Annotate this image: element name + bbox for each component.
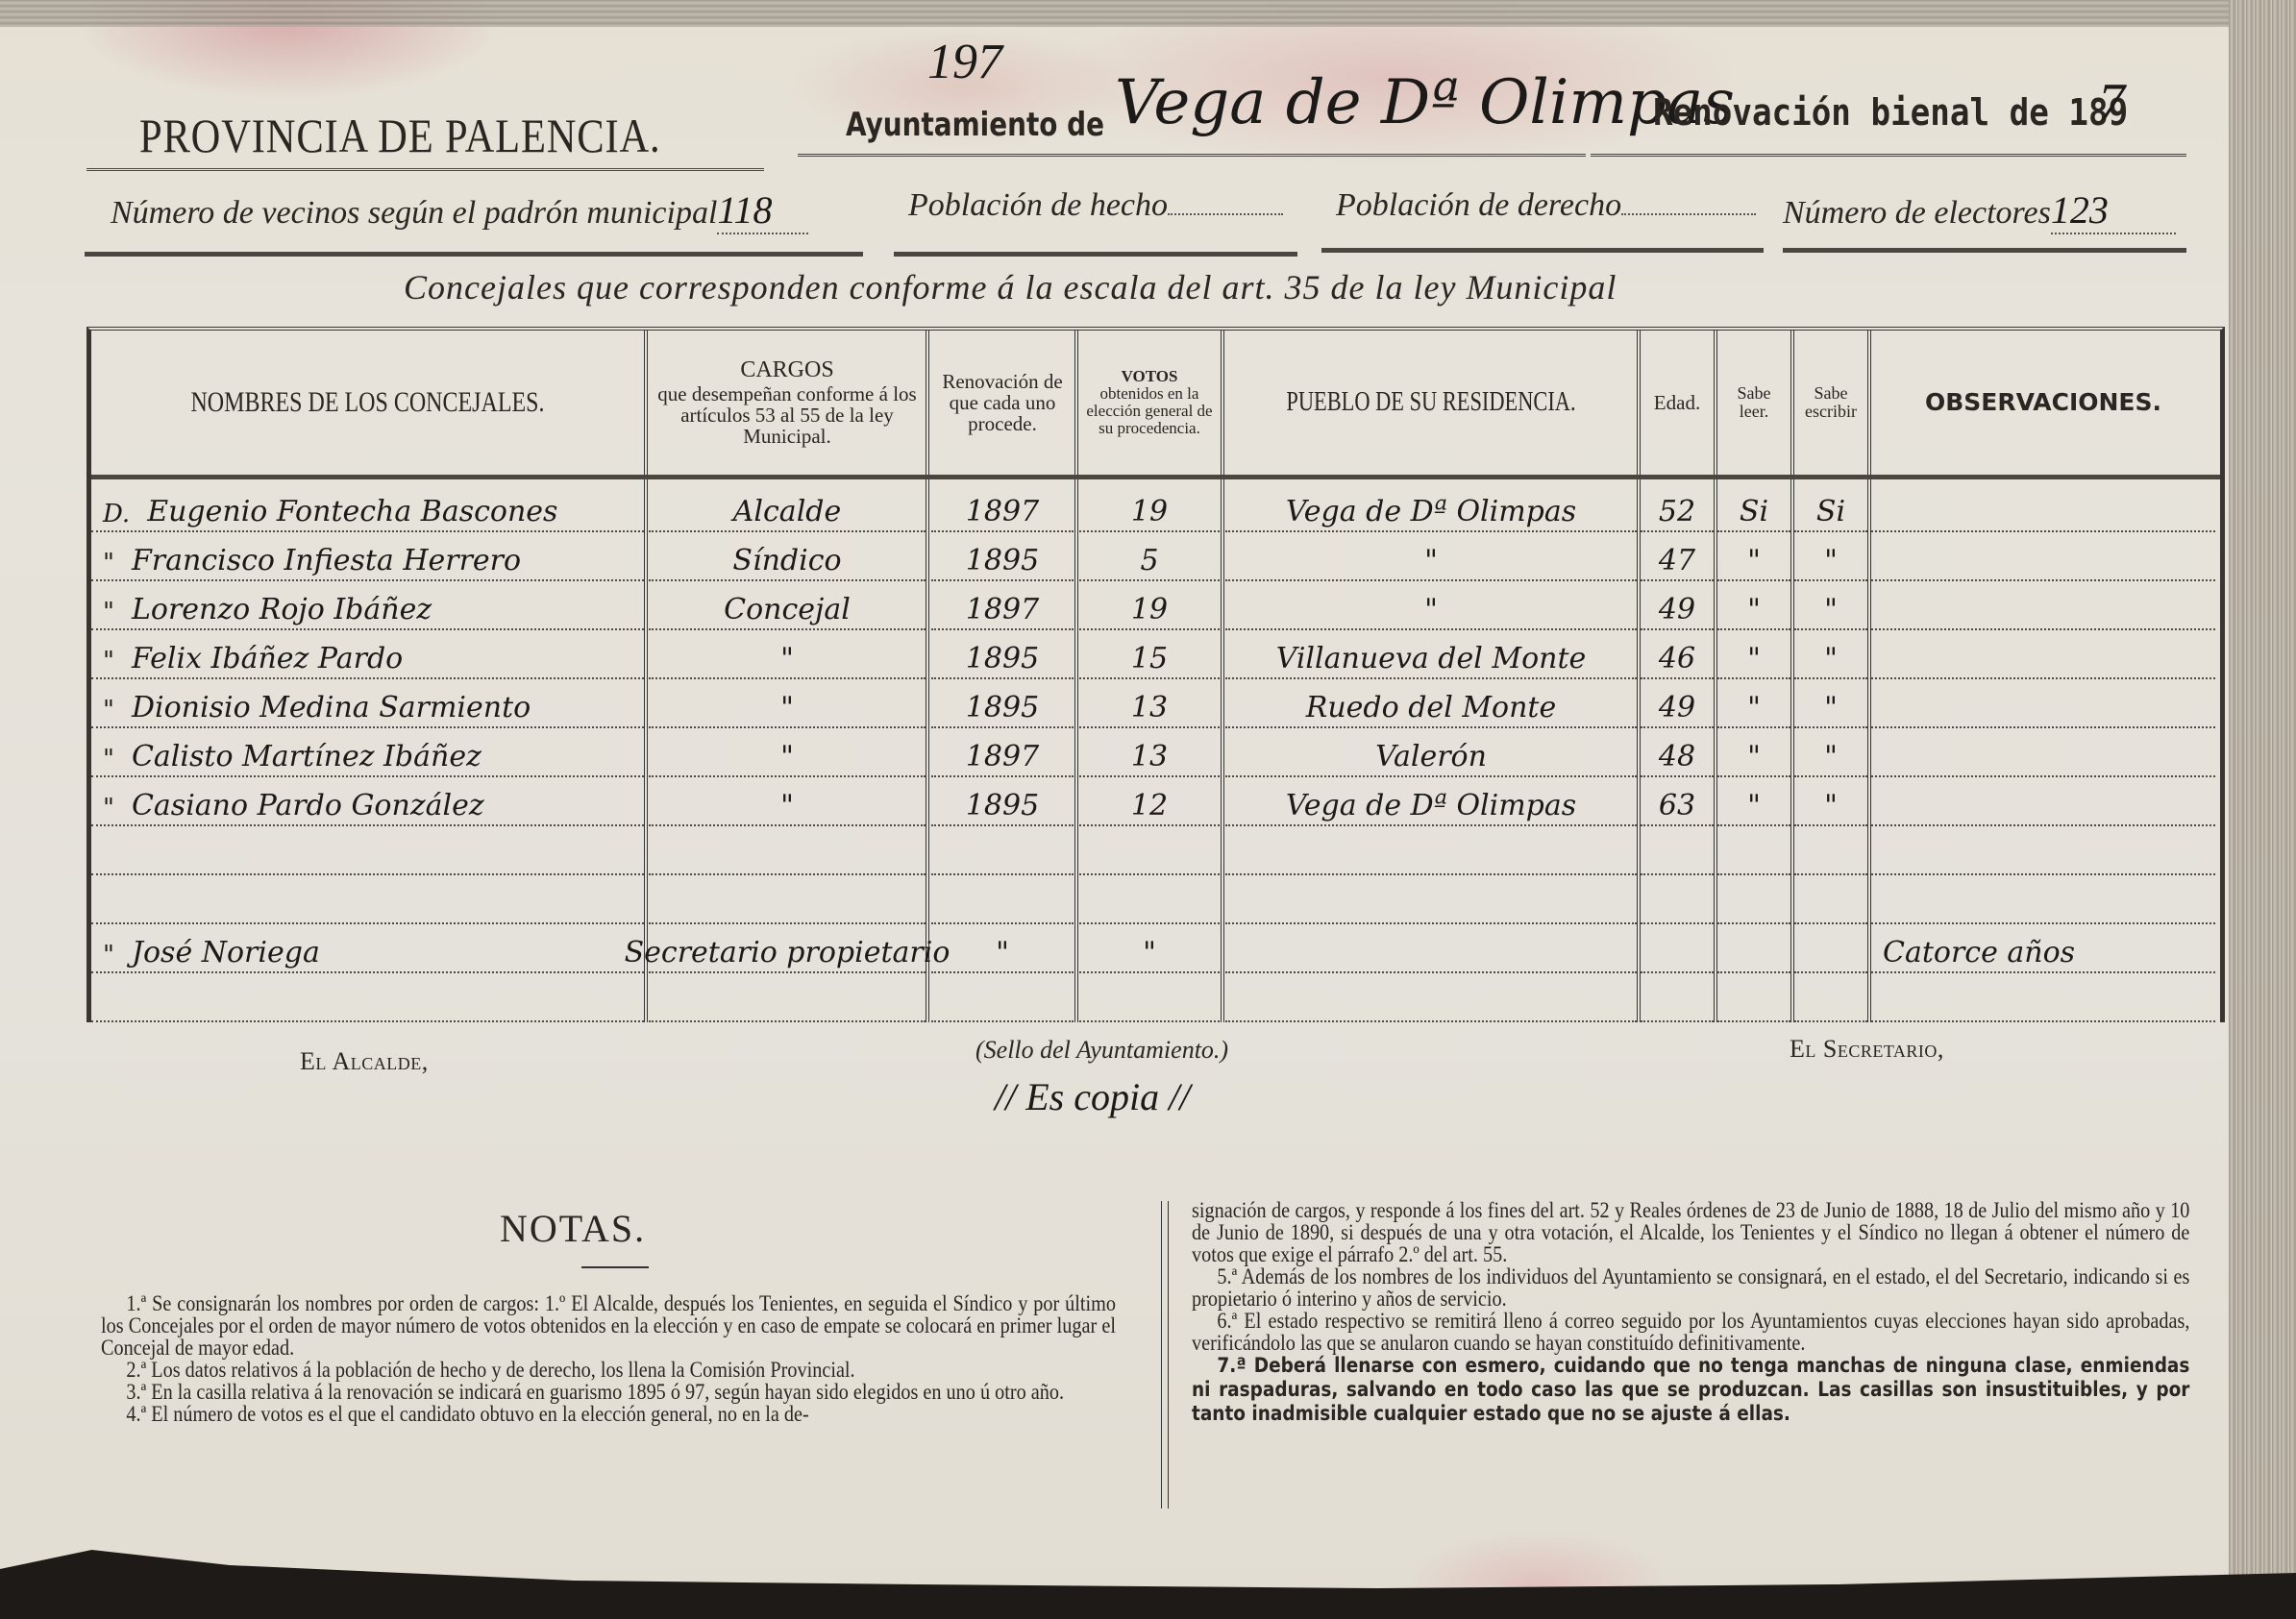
alcalde-signature-label: El Alcalde, <box>300 1047 429 1076</box>
book-shadow <box>0 1542 2296 1619</box>
cell-value: " <box>1143 936 1156 969</box>
table-row: "Casiano Pardo González"189512Vega de Dª… <box>91 776 2220 826</box>
cell-value: Felix Ibáñez Pardo <box>132 642 403 675</box>
name-prefix: " <box>103 647 114 675</box>
cell-nombre: "Dionisio Medina Sarmiento <box>91 678 644 728</box>
poblacion-hecho-field: Población de hecho <box>908 187 1283 224</box>
cell-value: " <box>1424 544 1438 577</box>
cell-pueblo: Vega de Dª Olimpas <box>1225 776 1637 826</box>
cell-value: " <box>780 691 794 724</box>
name-prefix: " <box>103 549 114 577</box>
header-pueblo: PUEBLO DE SU RESIDENCIA. <box>1267 331 1595 475</box>
cell-observaciones: Catorce años <box>1871 923 2215 973</box>
field-rule <box>1321 248 1764 253</box>
cell-value: Francisco Infiesta Herrero <box>132 544 521 577</box>
cell-value: Catorce años <box>1883 936 2075 969</box>
cell-nombre: "Calisto Martínez Ibáñez <box>91 727 644 777</box>
cell-value: " <box>1824 642 1838 675</box>
cell-pueblo: " <box>1225 531 1637 581</box>
cell-value: Ruedo del Monte <box>1306 691 1556 724</box>
cell-pueblo: Villanueva del Monte <box>1225 629 1637 679</box>
cell-value: Lorenzo Rojo Ibáñez <box>132 593 432 626</box>
header-observaciones: OBSERVACIONES. <box>1871 331 2215 475</box>
cell-value: " <box>996 936 1009 969</box>
cell-value: 1895 <box>966 544 1039 577</box>
cell-leer: " <box>1717 776 1790 826</box>
table-row <box>91 874 2220 924</box>
header-sabe-escribir: Sabe escribir <box>1794 331 1867 475</box>
cell-value: Valerón <box>1375 740 1487 773</box>
field-rule <box>85 252 863 257</box>
note-paragraph: 6.ª El estado respectivo se remitirá lle… <box>1192 1310 2189 1354</box>
cell-renovacion: 1897 <box>931 482 1074 532</box>
header-sabe-escribir-title: Sabe <box>1815 384 1848 403</box>
cell-nombre: D.Eugenio Fontecha Bascones <box>91 482 644 532</box>
cell-value: 52 <box>1659 495 1695 528</box>
cell-value: 1897 <box>966 495 1039 528</box>
cell-leer: Si <box>1717 482 1790 532</box>
cell-value: 63 <box>1659 789 1695 822</box>
cell-renovacion: 1895 <box>931 629 1074 679</box>
field-rule <box>894 252 1297 257</box>
cell-renovacion: 1895 <box>931 531 1074 581</box>
cell-value: Eugenio Fontecha Bascones <box>147 495 557 528</box>
cell-nombre: "Casiano Pardo González <box>91 776 644 826</box>
cell-renovacion <box>931 825 1074 875</box>
vecinos-label: Número de vecinos según el padrón munici… <box>111 195 717 231</box>
cell-cargo: Secretario propietario <box>649 923 926 973</box>
header-edad: Edad. <box>1641 331 1714 475</box>
cell-cargo <box>649 874 926 924</box>
cell-value: " <box>780 740 794 773</box>
table-row <box>91 972 2220 1022</box>
cell-value: 46 <box>1659 642 1695 675</box>
cell-observaciones <box>1871 727 2215 777</box>
cell-renovacion: 1895 <box>931 776 1074 826</box>
cell-value: Vega de Dª Olimpas <box>1286 789 1576 822</box>
poblacion-hecho-label: Población de hecho <box>908 187 1168 223</box>
cell-renovacion: " <box>931 923 1074 973</box>
table-row: D.Eugenio Fontecha BasconesAlcalde189719… <box>91 482 2220 532</box>
cell-value: Síndico <box>732 544 841 577</box>
table-row: "Dionisio Medina Sarmiento"189513Ruedo d… <box>91 678 2220 728</box>
cell-observaciones <box>1871 972 2215 1022</box>
cell-value: " <box>1747 789 1761 822</box>
cell-pueblo: Vega de Dª Olimpas <box>1225 482 1637 532</box>
cell-observaciones <box>1871 629 2215 679</box>
name-prefix: D. <box>103 500 130 528</box>
cell-cargo <box>649 972 926 1022</box>
notes-right-column: signación de cargos, y responde á los fi… <box>1192 1199 2189 1426</box>
cell-votos <box>1079 825 1220 875</box>
cell-votos <box>1079 972 1220 1022</box>
name-prefix: " <box>103 745 114 773</box>
cell-value: " <box>1824 593 1838 626</box>
cell-value: " <box>1824 544 1838 577</box>
cell-value: 1897 <box>966 740 1039 773</box>
cell-renovacion <box>931 972 1074 1022</box>
cell-votos <box>1079 874 1220 924</box>
cell-escribir: " <box>1794 580 1867 630</box>
header-cargos: CARGOS que desempeñan conforme á los art… <box>649 331 926 475</box>
cell-leer: " <box>1717 727 1790 777</box>
cell-votos: 15 <box>1079 629 1220 679</box>
header-cargos-desc: que desempeñan conforme á los artículos … <box>649 383 926 447</box>
cell-observaciones <box>1871 482 2215 532</box>
ayuntamiento-label: Ayuntamiento de <box>846 106 1104 144</box>
cell-leer <box>1717 874 1790 924</box>
cell-value: 1897 <box>966 593 1039 626</box>
poblacion-derecho-field: Población de derecho <box>1336 187 1756 224</box>
table-row: "José NoriegaSecretario propietario""Cat… <box>91 923 2220 973</box>
cell-cargo: " <box>649 776 926 826</box>
cell-edad: 52 <box>1641 482 1714 532</box>
note-paragraph: 5.ª Además de los nombres de los individ… <box>1192 1265 2189 1310</box>
cell-votos: 19 <box>1079 580 1220 630</box>
header-sabe-escribir-desc: escribir <box>1805 403 1857 421</box>
poblacion-derecho-label: Población de derecho <box>1336 187 1621 223</box>
cell-escribir <box>1794 825 1867 875</box>
renovacion-label: Renovación bienal de 189 <box>1653 91 2128 134</box>
name-prefix: " <box>103 941 114 969</box>
cell-leer: " <box>1717 580 1790 630</box>
cell-value: " <box>780 789 794 822</box>
cell-edad: 49 <box>1641 678 1714 728</box>
header-rule <box>798 154 1586 159</box>
cell-renovacion: 1895 <box>931 678 1074 728</box>
cell-value: Vega de Dª Olimpas <box>1286 495 1576 528</box>
cell-pueblo <box>1225 972 1637 1022</box>
cell-value: 48 <box>1659 740 1695 773</box>
notes-title: NOTAS. <box>500 1206 646 1251</box>
cell-escribir <box>1794 923 1867 973</box>
cell-value: 13 <box>1131 740 1168 773</box>
header-votos: VOTOS obtenidos en la elección general d… <box>1079 331 1220 475</box>
poblacion-hecho-value <box>1168 213 1283 215</box>
cell-cargo: " <box>649 629 926 679</box>
cell-value: Si <box>1740 495 1768 528</box>
cell-value: " <box>1747 740 1761 773</box>
cell-value: 47 <box>1659 544 1695 577</box>
cell-value: 13 <box>1131 691 1168 724</box>
table-row: "Lorenzo Rojo IbáñezConcejal189719"49"" <box>91 580 2220 630</box>
name-prefix: " <box>103 794 114 822</box>
cell-value: " <box>1747 593 1761 626</box>
cell-value: 49 <box>1659 593 1695 626</box>
table-row: "Francisco Infiesta HerreroSíndico18955"… <box>91 531 2220 581</box>
cell-edad <box>1641 923 1714 973</box>
cell-edad <box>1641 972 1714 1022</box>
cell-edad <box>1641 874 1714 924</box>
header-sabe-leer-title: Sabe <box>1738 384 1771 403</box>
cell-escribir: " <box>1794 531 1867 581</box>
cell-value: " <box>1824 740 1838 773</box>
cell-cargo: Alcalde <box>649 482 926 532</box>
cell-nombre: "José Noriega <box>91 923 644 973</box>
cell-value: " <box>1747 691 1761 724</box>
cell-votos: 13 <box>1079 678 1220 728</box>
table-row: "Calisto Martínez Ibáñez"189713Valerón48… <box>91 727 2220 777</box>
cell-escribir <box>1794 874 1867 924</box>
cell-cargo: Concejal <box>649 580 926 630</box>
cell-leer: " <box>1717 678 1790 728</box>
cell-cargo: " <box>649 727 926 777</box>
cell-pueblo: " <box>1225 580 1637 630</box>
poblacion-derecho-value <box>1621 213 1756 215</box>
province-title: PROVINCIA DE PALENCIA. <box>139 108 661 163</box>
header-sabe-leer: Sabe leer. <box>1717 331 1790 475</box>
cell-observaciones <box>1871 825 2215 875</box>
cell-value: " <box>1747 544 1761 577</box>
cell-value: 15 <box>1131 642 1168 675</box>
cell-value: Secretario propietario <box>625 936 950 969</box>
header-renovacion: Renovación de que cada uno procede. <box>931 331 1074 475</box>
document-page: 197 PROVINCIA DE PALENCIA. Ayuntamiento … <box>0 0 2296 1619</box>
cell-escribir <box>1794 972 1867 1022</box>
note-paragraph: 7.ª Deberá llenarse con esmero, cuidando… <box>1192 1354 2189 1426</box>
electores-value: 123 <box>2051 187 2176 234</box>
cell-observaciones <box>1871 678 2215 728</box>
cell-escribir: " <box>1794 776 1867 826</box>
table-row: "Felix Ibáñez Pardo"189515Villanueva del… <box>91 629 2220 679</box>
cell-value: 19 <box>1131 495 1168 528</box>
cell-value: Dionisio Medina Sarmiento <box>132 691 531 724</box>
cell-escribir: Si <box>1794 482 1867 532</box>
cell-value: 49 <box>1659 691 1695 724</box>
vecinos-field: Número de vecinos según el padrón munici… <box>111 187 808 234</box>
notes-column-divider <box>1161 1201 1169 1509</box>
cell-value: Si <box>1816 495 1845 528</box>
cell-cargo: Síndico <box>649 531 926 581</box>
header-votos-desc: obtenidos en la elección general de su p… <box>1079 385 1220 437</box>
note-paragraph: 4.ª El número de votos es el que el cand… <box>101 1403 1116 1425</box>
cell-leer: " <box>1717 629 1790 679</box>
header-separator <box>91 475 2220 479</box>
header-rule <box>1591 154 2186 159</box>
cell-value: Concejal <box>724 593 851 626</box>
note-paragraph: 3.ª En la casilla relativa á la renovaci… <box>101 1381 1116 1403</box>
cell-value: 1895 <box>966 642 1039 675</box>
cell-value: 12 <box>1131 789 1168 822</box>
cell-observaciones <box>1871 776 2215 826</box>
header-rule <box>86 168 764 174</box>
cell-value: 5 <box>1140 544 1158 577</box>
cell-value: Calisto Martínez Ibáñez <box>132 740 481 773</box>
cell-nombre: "Francisco Infiesta Herrero <box>91 531 644 581</box>
cell-edad: 63 <box>1641 776 1714 826</box>
cell-edad: 48 <box>1641 727 1714 777</box>
cell-value: " <box>1824 789 1838 822</box>
renovacion-value: 7 <box>2098 72 2125 134</box>
cell-leer <box>1717 923 1790 973</box>
secretario-signature-label: El Secretario, <box>1790 1035 1944 1064</box>
cell-votos: 5 <box>1079 531 1220 581</box>
cell-value: 1895 <box>966 691 1039 724</box>
concejales-table: NOMBRES DE LOS CONCEJALES. CARGOS que de… <box>86 327 2225 1022</box>
cell-value: 19 <box>1131 593 1168 626</box>
cell-value: " <box>1424 593 1438 626</box>
cell-nombre <box>91 825 644 875</box>
electores-label: Número de electores <box>1783 195 2051 231</box>
cell-cargo: " <box>649 678 926 728</box>
header-votos-title: VOTOS <box>1122 368 1178 385</box>
cell-renovacion: 1897 <box>931 580 1074 630</box>
cell-nombre: "Felix Ibáñez Pardo <box>91 629 644 679</box>
sello-label: (Sello del Ayuntamiento.) <box>975 1036 1228 1065</box>
cell-pueblo: Valerón <box>1225 727 1637 777</box>
cell-value: Casiano Pardo González <box>132 789 484 822</box>
cell-edad: 49 <box>1641 580 1714 630</box>
cell-votos: " <box>1079 923 1220 973</box>
header-nombres: NOMBRES DE LOS CONCEJALES. <box>147 331 589 475</box>
note-paragraph: signación de cargos, y responde á los fi… <box>1192 1199 2189 1265</box>
cell-leer: " <box>1717 531 1790 581</box>
book-spine-edge <box>0 0 2239 27</box>
cell-escribir: " <box>1794 727 1867 777</box>
cell-leer <box>1717 825 1790 875</box>
cell-escribir: " <box>1794 678 1867 728</box>
cell-votos: 12 <box>1079 776 1220 826</box>
cell-observaciones <box>1871 874 2215 924</box>
cell-value: 1895 <box>966 789 1039 822</box>
cell-value: " <box>780 642 794 675</box>
cell-observaciones <box>1871 531 2215 581</box>
cell-pueblo <box>1225 923 1637 973</box>
cell-value: Alcalde <box>733 495 842 528</box>
table-subtitle: Concejales que corresponden conforme á l… <box>404 267 1617 307</box>
cell-edad: 46 <box>1641 629 1714 679</box>
cell-value: " <box>1824 691 1838 724</box>
electores-field: Número de electores123 <box>1783 187 2176 234</box>
name-prefix: " <box>103 696 114 724</box>
es-copia-annotation: // Es copia // <box>995 1074 1190 1119</box>
cell-nombre <box>91 874 644 924</box>
table-row <box>91 825 2220 875</box>
note-paragraph: 1.ª Se consignarán los nombres por orden… <box>101 1292 1116 1359</box>
cell-renovacion: 1897 <box>931 727 1074 777</box>
field-rule <box>1783 248 2186 253</box>
ayuntamiento-value: Vega de Dª Olimpas <box>1115 67 1735 138</box>
cell-escribir: " <box>1794 629 1867 679</box>
cell-pueblo <box>1225 874 1637 924</box>
cell-nombre <box>91 972 644 1022</box>
page-number: 197 <box>927 34 1002 90</box>
cell-pueblo: Ruedo del Monte <box>1225 678 1637 728</box>
header-cargos-title: CARGOS <box>740 358 833 382</box>
cell-votos: 19 <box>1079 482 1220 532</box>
cell-votos: 13 <box>1079 727 1220 777</box>
cell-value: José Noriega <box>132 936 320 969</box>
cell-pueblo <box>1225 825 1637 875</box>
notes-rule <box>581 1266 649 1268</box>
vecinos-value: 118 <box>717 187 808 234</box>
cell-leer <box>1717 972 1790 1022</box>
cell-edad <box>1641 825 1714 875</box>
cell-value: " <box>1747 642 1761 675</box>
header-sabe-leer-desc: leer. <box>1740 403 1768 421</box>
notes-left-column: 1.ª Se consignarán los nombres por orden… <box>101 1292 1116 1425</box>
cell-observaciones <box>1871 580 2215 630</box>
cell-value: Villanueva del Monte <box>1276 642 1587 675</box>
cell-nombre: "Lorenzo Rojo Ibáñez <box>91 580 644 630</box>
name-prefix: " <box>103 598 114 626</box>
cell-renovacion <box>931 874 1074 924</box>
note-paragraph: 2.ª Los datos relativos á la población d… <box>101 1359 1116 1381</box>
cell-cargo <box>649 825 926 875</box>
cell-edad: 47 <box>1641 531 1714 581</box>
page-stack-edge <box>2229 0 2296 1576</box>
